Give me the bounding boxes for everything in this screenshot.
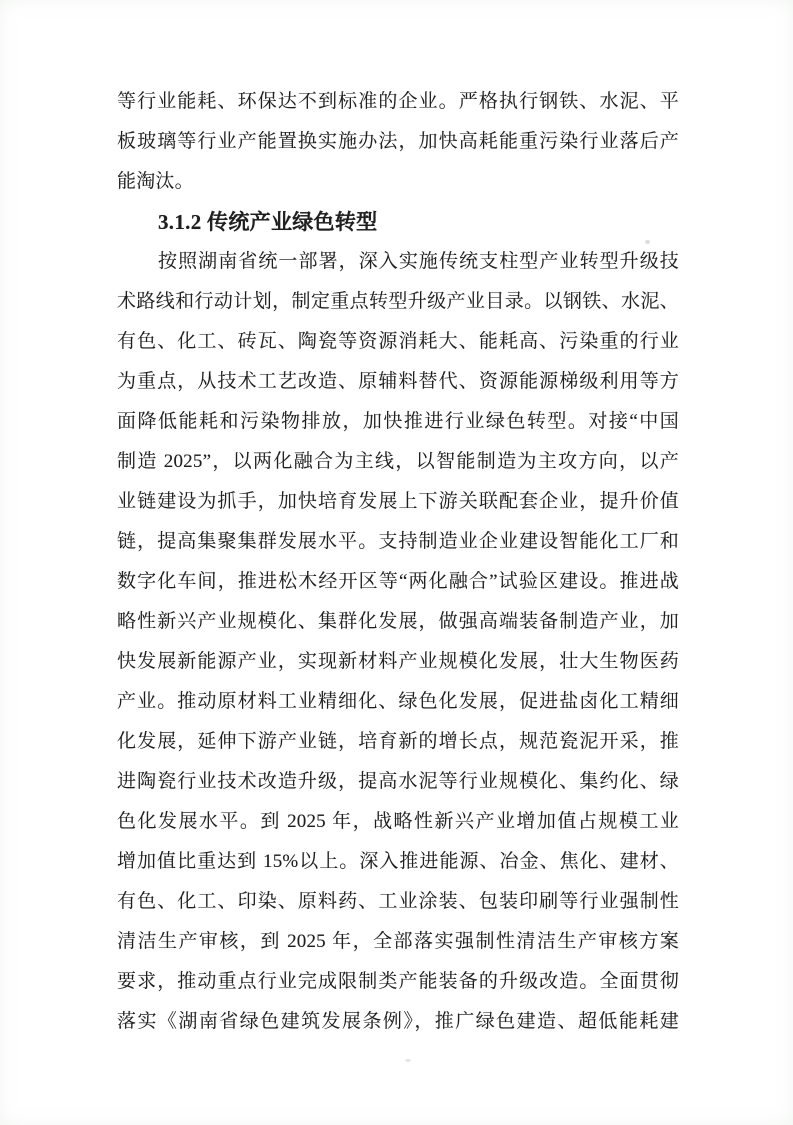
scan-speckle [405, 1059, 411, 1062]
doc-line: 等行业能耗、环保达不到标准的企业。严格执行钢铁、水泥、平 [117, 82, 679, 122]
section-heading: 3.1.2 传统产业绿色转型 [117, 202, 679, 242]
text-block: 等行业能耗、环保达不到标准的企业。严格执行钢铁、水泥、平 板玻璃等行业产能置换实… [117, 82, 679, 1042]
doc-line: 为重点，从技术工艺改造、原辅料替代、资源能源梯级利用等方 [117, 362, 679, 402]
doc-line: 产业。推动原材料工业精细化、绿色化发展，促进盐卤化工精细 [117, 682, 679, 722]
doc-line: 化发展，延伸下游产业链，培育新的增长点，规范瓷泥开采，推 [117, 722, 679, 762]
doc-line: 增加值比重达到 15%以上。深入推进能源、冶金、焦化、建材、 [117, 842, 679, 882]
document-page: 等行业能耗、环保达不到标准的企业。严格执行钢铁、水泥、平 板玻璃等行业产能置换实… [0, 0, 793, 1125]
doc-line: 进陶瓷行业技术改造升级，提高水泥等行业规模化、集约化、绿 [117, 762, 679, 802]
doc-line: 板玻璃等行业产能置换实施办法，加快高耗能重污染行业落后产 [117, 122, 679, 162]
doc-line: 清洁生产审核，到 2025 年，全部落实强制性清洁生产审核方案 [117, 922, 679, 962]
doc-line: 略性新兴产业规模化、集群化发展，做强高端装备制造产业，加 [117, 602, 679, 642]
doc-line: 术路线和行动计划，制定重点转型升级产业目录。以钢铁、水泥、 [117, 282, 679, 322]
doc-line: 落实《湖南省绿色建筑发展条例》，推广绿色建造、超低能耗建 [117, 1002, 679, 1042]
doc-line: 快发展新能源产业，实现新材料产业规模化发展，壮大生物医药 [117, 642, 679, 682]
doc-line: 有色、化工、印染、原料药、工业涂装、包装印刷等行业强制性 [117, 882, 679, 922]
doc-line: 色化发展水平。到 2025 年，战略性新兴产业增加值占规模工业 [117, 802, 679, 842]
doc-line: 能淘汰。 [117, 162, 679, 202]
doc-line: 按照湖南省统一部署，深入实施传统支柱型产业转型升级技 [117, 242, 679, 282]
doc-line: 链，提高集聚集群发展水平。支持制造业企业建设智能化工厂和 [117, 522, 679, 562]
doc-line: 有色、化工、砖瓦、陶瓷等资源消耗大、能耗高、污染重的行业 [117, 322, 679, 362]
doc-line: 要求，推动重点行业完成限制类产能装备的升级改造。全面贯彻 [117, 962, 679, 1002]
doc-line: 制造 2025”，以两化融合为主线，以智能制造为主攻方向，以产 [117, 442, 679, 482]
doc-line: 业链建设为抓手，加快培育发展上下游关联配套企业，提升价值 [117, 482, 679, 522]
doc-line: 面降低能耗和污染物排放，加快推进行业绿色转型。对接“中国 [117, 402, 679, 442]
doc-line: 数字化车间，推进松木经开区等“两化融合”试验区建设。推进战 [117, 562, 679, 602]
